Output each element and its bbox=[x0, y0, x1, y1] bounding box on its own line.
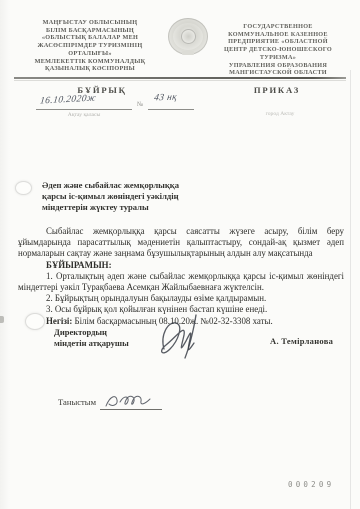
seal-bottom-tab bbox=[182, 51, 194, 55]
signer-position-line: міндетін атқарушы bbox=[54, 338, 129, 349]
state-emblem-seal-icon bbox=[168, 18, 208, 55]
order-item-2: 2. Бұйрықтың орындалуын бақылауды өзіме … bbox=[18, 293, 344, 304]
org-ru-line: ТУРИЗМА» bbox=[212, 54, 344, 62]
signer-position: Директордың міндетін атқарушы bbox=[54, 327, 129, 349]
scan-right-edge-line bbox=[350, 70, 351, 509]
place-caption-kazakh: Ақтау қаласы bbox=[36, 112, 132, 118]
scan-left-edge-shade bbox=[0, 0, 10, 509]
header-divider-rule bbox=[14, 77, 346, 79]
seal-inner-circle bbox=[181, 29, 196, 44]
signer-position-line: Директордың bbox=[54, 327, 129, 338]
intro-paragraph: Сыбайлас жемқорлыққа қарсы саясатты жүзе… bbox=[18, 226, 344, 260]
order-label-kazakh: БҰЙРЫҚ bbox=[42, 85, 162, 95]
org-name-kazakh: МАҢҒЫСТАУ ОБЛЫСЫНЫҢ БІЛІМ БАСҚАРМАСЫНЫҢ … bbox=[22, 19, 158, 73]
acknowledgement-signature-ink bbox=[102, 392, 164, 410]
order-label-russian: ПРИКАЗ bbox=[222, 85, 332, 95]
org-kk-line: МЕМЛЕКЕТТІК КОММУНАЛДЫҚ bbox=[22, 58, 158, 66]
org-ru-line: МАНГИСТАУСКОЙ ОБЛАСТИ bbox=[212, 69, 344, 77]
resolve-word: БҰЙЫРАМЫН: bbox=[18, 260, 344, 271]
org-kk-line: ОРТАЛЫҒЫ» bbox=[22, 50, 158, 58]
number-write-in-line bbox=[148, 109, 194, 110]
org-ru-line: ПРЕДПРИЯТИЕ «ОБЛАСТНОЙ bbox=[212, 38, 344, 46]
signature-ink bbox=[150, 311, 208, 363]
org-kk-line: МАҢҒЫСТАУ ОБЛЫСЫНЫҢ bbox=[22, 19, 158, 27]
document-title-line: қарсы іс-қимыл жөніндегі уәкілдің bbox=[42, 191, 252, 202]
document-title: Әдеп және сыбайлас жемқорлыққа қарсы іс-… bbox=[42, 180, 252, 213]
org-kk-line: «ОБЛЫСТЫҚ БАЛАЛАР МЕН bbox=[22, 34, 158, 42]
header-divider-rule-ghost bbox=[14, 80, 346, 81]
basis-label: Негізі: bbox=[46, 316, 72, 326]
scan-edge-artifact bbox=[0, 316, 4, 323]
document-title-line: Әдеп және сыбайлас жемқорлыққа bbox=[42, 180, 252, 191]
order-item-1: 1. Орталықтың әдеп және сыбайлас жемқорл… bbox=[18, 271, 344, 293]
document-title-line: міндеттерін жүктеу туралы bbox=[42, 202, 252, 213]
handwritten-date: 16.10.2020ж bbox=[39, 93, 96, 106]
place-caption-russian: город Актау bbox=[238, 111, 322, 117]
scanner-page-stamp: 000209 bbox=[288, 480, 334, 489]
punch-hole-mark bbox=[15, 181, 32, 195]
acknowledgement-label: Таныстым bbox=[58, 397, 96, 407]
date-write-in-line bbox=[36, 109, 132, 110]
scanned-order-document: МАҢҒЫСТАУ ОБЛЫСЫНЫҢ БІЛІМ БАСҚАРМАСЫНЫҢ … bbox=[0, 0, 360, 509]
handwritten-order-number: 43 нқ bbox=[153, 93, 177, 104]
signer-name: А. Темірланова bbox=[270, 336, 333, 346]
org-ru-line: ЦЕНТР ДЕТСКО-ЮНОШЕСКОГО bbox=[212, 46, 344, 54]
org-ru-line: ГОСУДАРСТВЕННОЕ bbox=[212, 23, 344, 31]
org-name-russian: ГОСУДАРСТВЕННОЕ КОММУНАЛЬНОЕ КАЗЕННОЕ ПР… bbox=[212, 23, 344, 77]
org-kk-line: ҚАЗЫНАЛЫҚ КӘСІПОРНЫ bbox=[22, 65, 158, 73]
org-kk-line: БІЛІМ БАСҚАРМАСЫНЫҢ bbox=[22, 27, 158, 35]
org-kk-line: ЖАСӨСПІРІМДЕР ТУРИЗМІНІҢ bbox=[22, 42, 158, 50]
number-sign: № bbox=[137, 101, 143, 108]
